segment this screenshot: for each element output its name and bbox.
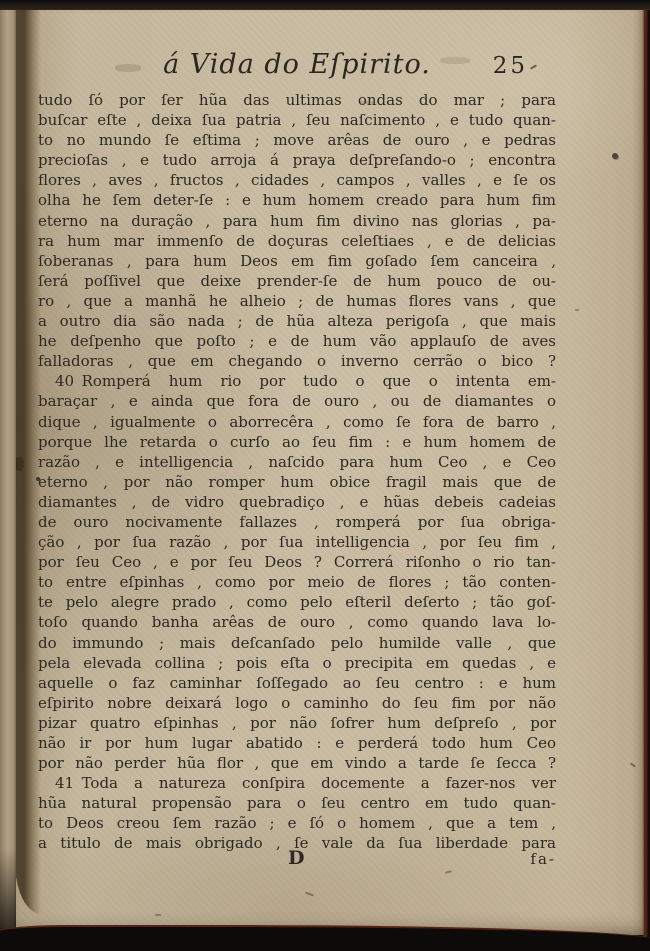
signature-mark: D — [288, 847, 304, 869]
text-line: do immundo ; mais deſcanſado pelo humild… — [38, 633, 556, 653]
text-line: pizar quatro eſpinhas , por não ſofrer h… — [38, 713, 556, 733]
text-line: a outro dia são nada ; de hũa alteza per… — [38, 311, 556, 331]
text-line: te pelo alegre prado , como pelo eſteril… — [38, 592, 556, 612]
text-line: baraçar , e ainda que fora de ouro , ou … — [38, 391, 556, 411]
scan-right-edge — [642, 0, 650, 951]
text-line: ſerá poſſivel que deixe prender-ſe de hu… — [38, 271, 556, 291]
paper-fiber — [305, 892, 314, 897]
text-block: tudo ſó por ſer hũa das ultimas ondas do… — [38, 90, 556, 854]
text-line: buſcar eſte , deixa ſua patria , ſeu naſ… — [38, 110, 556, 130]
book-page-edges — [0, 8, 16, 938]
text-line: toſo quando banha arêas de ouro , como q… — [38, 612, 556, 632]
text-line: tudo ſó por ſer hũa das ultimas ondas do… — [38, 90, 556, 110]
text-line: de ouro nocivamente fallazes , romperá p… — [38, 512, 556, 532]
paper-speck — [612, 153, 618, 159]
text-line: dique , igualmente o aborrecêra , como ſ… — [38, 412, 556, 432]
text-line: por não perder hũa flor , que em vindo a… — [38, 753, 556, 773]
text-line: to entre eſpinhas , como por meio de flo… — [38, 572, 556, 592]
text-line: falladoras , que em chegando o inverno c… — [38, 351, 556, 371]
text-line: aquelle o faz caminhar ſoſſegado ao ſeu … — [38, 673, 556, 693]
gutter-shadow — [15, 9, 41, 914]
text-line: pela elevada collina ; pois eſta o preci… — [38, 653, 556, 673]
catchword: fa- — [530, 850, 556, 868]
text-line: porque lhe retarda o curſo ao ſeu fim : … — [38, 432, 556, 452]
paper-fiber — [630, 762, 636, 767]
page-number: 25 — [493, 53, 528, 79]
text-line: ção , por ſua razão , por ſua intelligen… — [38, 532, 556, 552]
paragraph-start-line: 40 Romperá hum rio por tudo o que o inte… — [38, 371, 556, 391]
text-line: por ſeu Ceo , e por ſeu Deos ? Correrá r… — [38, 552, 556, 572]
book-page: á Vida do Eſpirito. 25 tudo ſó por ſer h… — [15, 9, 644, 935]
text-line: ra hum mar immenſo de doçuras celeſtiaes… — [38, 231, 556, 251]
text-line: he deſpenho que poſto ; e de hum vão app… — [38, 331, 556, 351]
scan-top-edge — [0, 0, 650, 10]
paper-fiber — [155, 914, 161, 916]
text-line: eterno na duração , para hum fim divino … — [38, 211, 556, 231]
paper-fiber — [575, 309, 579, 311]
text-line: eterno , por não romper hum obice fragil… — [38, 472, 556, 492]
text-line: olha he ſem deter-ſe : e hum homem cread… — [38, 190, 556, 210]
paper-smudge — [360, 101, 374, 104]
text-line: to no mundo ſe eſtima ; move arêas de ou… — [38, 130, 556, 150]
paper-fiber — [445, 870, 452, 874]
text-line: precioſas , e tudo arroja á praya deſpre… — [38, 150, 556, 170]
text-line: diamantes , de vidro quebradiço , e hũas… — [38, 492, 556, 512]
paper-smudge — [440, 57, 470, 64]
paragraph-start-line: 41 Toda a natureza conſpira docemente a … — [38, 773, 556, 793]
paper-smudge — [115, 64, 141, 72]
text-line: ſoberanas , para hum Deos em fim goſado … — [38, 251, 556, 271]
text-line: não ir por hum lugar abatido : e perderá… — [38, 733, 556, 753]
footer: D fa- — [38, 847, 556, 871]
text-line: to Deos creou ſem razão ; e ſó o homem ,… — [38, 813, 556, 833]
text-line: flores , aves , fructos , cidades , camp… — [38, 170, 556, 190]
text-line: razão , e intelligencia , naſcido para h… — [38, 452, 556, 472]
text-line: ro , que a manhã he alheio ; de humas fl… — [38, 291, 556, 311]
text-line: hũa natural propensão para o ſeu centro … — [38, 793, 556, 813]
text-line: eſpirito nobre deixará logo o caminho do… — [38, 693, 556, 713]
book-scan: á Vida do Eſpirito. 25 tudo ſó por ſer h… — [0, 0, 650, 951]
